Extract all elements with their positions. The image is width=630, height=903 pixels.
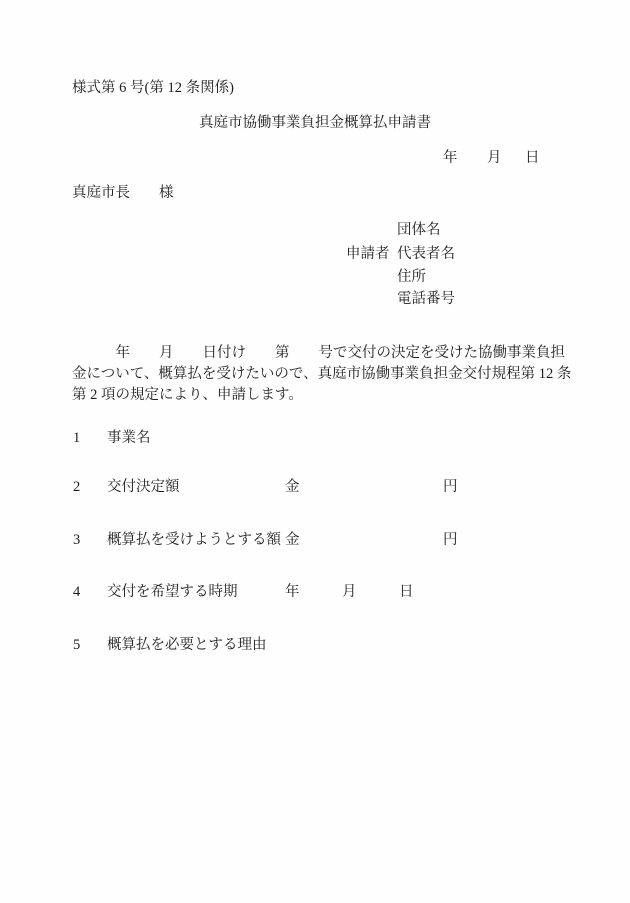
item-grant-decision-amount: 2 交付決定額 金 円: [0, 478, 630, 500]
header-date-year-label: 年: [443, 149, 458, 167]
body-line-1: 年 月 日付け 第 号で交付の決定を受けた協働事業負担: [72, 343, 588, 364]
document-title: 真庭市協働事業負担金概算払申請書: [0, 114, 630, 132]
body-line-3: 第 2 項の規定により、申請します。: [72, 385, 588, 406]
item-4-month-label: 月: [342, 583, 357, 601]
item-4-day-label: 日: [399, 583, 414, 601]
item-3-number: 3: [73, 531, 80, 549]
item-4-label: 交付を希望する時期: [107, 583, 238, 601]
body-line-2: 金について、概算払を受けたいので、真庭市協働事業負担金交付規程第 12 条: [72, 364, 588, 385]
item-4-number: 4: [73, 583, 80, 601]
item-project-name: 1 事業名: [0, 429, 630, 451]
item-1-label: 事業名: [107, 429, 151, 447]
application-form-page: 様式第 6 号(第 12 条関係) 真庭市協働事業負担金概算払申請書 年 月 日…: [0, 0, 630, 903]
item-3-label: 概算払を受けようとする額: [107, 531, 281, 549]
applicant-field-phone-number: 電話番号: [397, 290, 455, 308]
item-2-number: 2: [73, 478, 80, 496]
item-1-number: 1: [73, 429, 80, 447]
header-date-month-label: 月: [487, 149, 502, 167]
item-2-amount-prefix: 金: [285, 478, 300, 496]
item-reason-for-provisional-payment: 5 概算払を必要とする理由: [0, 636, 630, 658]
item-2-label: 交付決定額: [107, 478, 180, 496]
applicant-field-representative-name: 代表者名: [397, 245, 455, 263]
item-3-amount-prefix: 金: [285, 531, 300, 549]
applicant-field-organization-name: 団体名: [397, 221, 441, 239]
item-4-year-label: 年: [285, 583, 300, 601]
body-paragraph: 年 月 日付け 第 号で交付の決定を受けた協働事業負担 金について、概算払を受け…: [72, 343, 588, 406]
addressee-name: 真庭市長: [72, 185, 130, 201]
addressee-honorific: 様: [159, 185, 174, 201]
item-provisional-payment-amount: 3 概算払を受けようとする額 金 円: [0, 531, 630, 553]
applicant-label: 申請者: [346, 245, 390, 263]
item-5-number: 5: [73, 636, 80, 654]
item-3-amount-suffix: 円: [443, 531, 458, 549]
item-desired-grant-date: 4 交付を希望する時期 年 月 日: [0, 583, 630, 605]
applicant-field-address: 住所: [397, 268, 426, 286]
header-date-day-label: 日: [525, 149, 540, 167]
addressee-line: 真庭市長様: [72, 184, 174, 202]
item-2-amount-suffix: 円: [443, 478, 458, 496]
item-5-label: 概算払を必要とする理由: [107, 636, 267, 654]
form-number: 様式第 6 号(第 12 条関係): [72, 79, 234, 97]
